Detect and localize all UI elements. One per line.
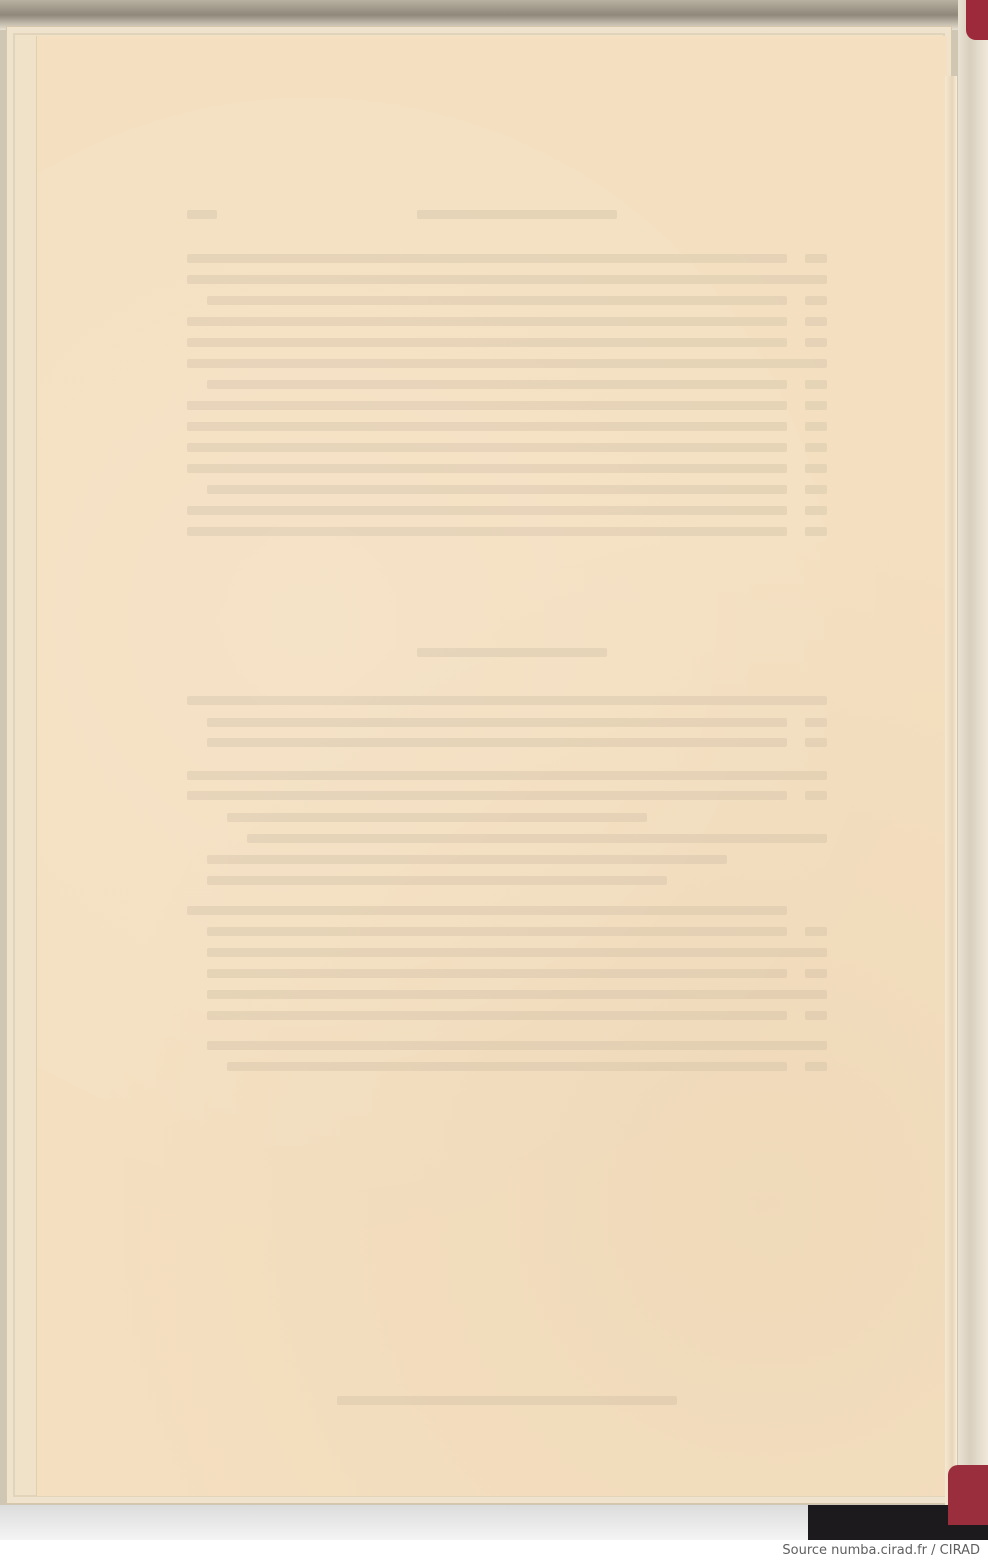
page-fold [945,76,957,1506]
running-header-ghost [417,210,617,219]
book-binding [958,0,988,1540]
scan-image [0,0,988,1540]
book-page [36,36,947,1496]
section-heading-ghost [417,648,607,657]
header-page-number-ghost [187,210,217,219]
source-caption: Source numba.cirad.fr / CIRAD [782,1543,980,1558]
scanner-bed-bottom [0,1505,988,1540]
book-cover-cloth [808,1505,988,1540]
footer-line-ghost [337,1396,677,1405]
